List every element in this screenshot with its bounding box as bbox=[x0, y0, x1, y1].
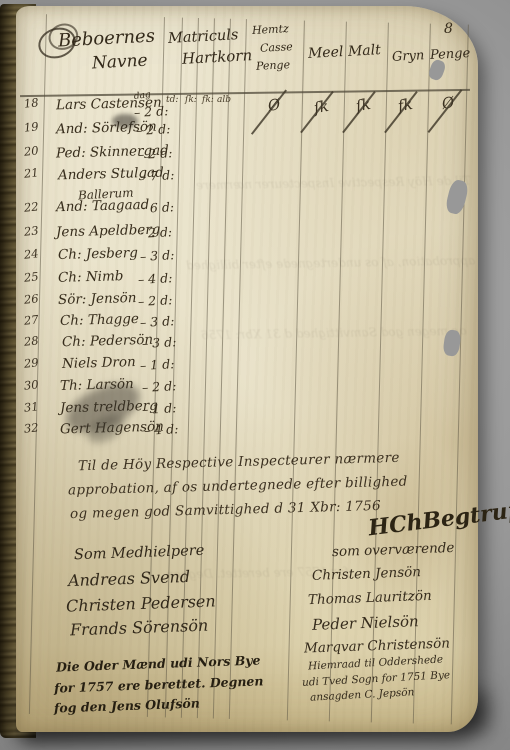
row-value: · 2 d: bbox=[140, 226, 173, 240]
row-name: Ch: Thagge bbox=[60, 313, 139, 329]
header-gryn: Gryn bbox=[392, 49, 425, 64]
row-value: – 7 d: bbox=[140, 169, 175, 183]
column-line bbox=[287, 21, 305, 721]
row-value: – 2 d: bbox=[136, 123, 171, 137]
bleedthrough-text: Til de Höy Respective Inspecteurer nærme… bbox=[196, 174, 471, 193]
witness-name: Peder Nielsön bbox=[312, 614, 419, 633]
ink-smudge bbox=[112, 114, 138, 128]
bottom-note-right-2: udi Tved Sogn for 1751 Bye bbox=[302, 670, 451, 688]
row-value: – 3 d: bbox=[140, 249, 175, 263]
row-number: 26 bbox=[23, 293, 39, 306]
header-hartkorn: Hartkorn bbox=[182, 48, 253, 67]
row-number: 20 bbox=[23, 145, 39, 158]
unit-alb: alb bbox=[217, 96, 231, 105]
header-navne: Navne bbox=[92, 53, 148, 73]
row-value: – 4 d: bbox=[138, 272, 173, 286]
row-name: Ch: Pedersön bbox=[62, 334, 153, 350]
row-value: – 2 d: bbox=[138, 147, 173, 161]
manuscript-page: Beboernes Navne Matriculs Hartkorn Hemtz… bbox=[16, 6, 478, 732]
row-number: 25 bbox=[23, 271, 39, 284]
bottom-note-left-3: fog den Jens Olufsön bbox=[54, 697, 200, 715]
header-casse-2: Casse bbox=[260, 41, 293, 54]
row-number: 21 bbox=[23, 167, 39, 180]
row-value: · 6 d: bbox=[142, 201, 175, 215]
row-number: 30 bbox=[23, 379, 39, 392]
unit-sk: ſk: bbox=[185, 96, 197, 105]
column-line bbox=[229, 19, 247, 719]
approbation-line-1: Til de Höy Respective Inspecteurer nærme… bbox=[78, 452, 400, 474]
unit-td: td: bbox=[166, 96, 178, 105]
bleedthrough-text: approbation, af os undertegnede efter bi… bbox=[186, 253, 476, 272]
column-line bbox=[213, 19, 231, 719]
bleedthrough-text: og megen god Samvittighed d 31 Xbr: 1756 bbox=[201, 324, 467, 343]
witness-name: Christen Pedersen bbox=[66, 593, 216, 614]
row-name: Ch: Nimb bbox=[58, 270, 124, 285]
page-number: 8 bbox=[444, 22, 453, 36]
header-matriculs: Matriculs bbox=[168, 28, 239, 46]
row-number: 31 bbox=[23, 401, 39, 414]
column-line bbox=[181, 18, 199, 718]
column-line bbox=[451, 25, 469, 725]
row-value: – 1 d: bbox=[142, 402, 177, 416]
witness-name: Frands Sörensön bbox=[70, 618, 209, 639]
row-value: – 3 d: bbox=[140, 315, 175, 329]
row-value: – 2 d: bbox=[134, 105, 169, 119]
row-number: 18 bbox=[23, 97, 39, 110]
row-number: 23 bbox=[23, 225, 39, 238]
unit-fk: fk: bbox=[202, 96, 214, 105]
row-number: 27 bbox=[23, 314, 39, 327]
row-number: 29 bbox=[23, 357, 39, 370]
header-meel: Meel bbox=[308, 45, 344, 61]
row-number: 22 bbox=[23, 201, 39, 214]
row-value: – 3 d: bbox=[142, 336, 177, 350]
row-value: – 4 d: bbox=[144, 423, 179, 437]
bottom-note-right-1: Hiemraad til Oddershede bbox=[308, 654, 444, 672]
approbation-line-3: og megen god Samvittighed d 31 Xbr: 1756 bbox=[70, 500, 381, 522]
witness-title: Som Medhielpere bbox=[74, 544, 205, 563]
header-malt: Malt bbox=[348, 43, 381, 59]
row-value: – 1 d: bbox=[140, 358, 175, 372]
bottom-note-left-1: Die Oder Mænd udi Nors Bye bbox=[56, 654, 261, 674]
header-casse-3: Penge bbox=[256, 59, 291, 72]
header-casse-1: Hemtz bbox=[252, 23, 289, 36]
row-value: – 2 d: bbox=[142, 380, 177, 394]
row-number: 28 bbox=[23, 335, 39, 348]
row-number: 32 bbox=[23, 422, 39, 435]
row-name: Ch: Jesberg bbox=[58, 247, 138, 263]
row-number: 19 bbox=[23, 121, 39, 134]
bottom-note-left-2: for 1757 ere berettet. Degnen bbox=[54, 675, 264, 695]
row-name: And: Taagaad bbox=[56, 199, 150, 215]
header-beboernes: Beboernes bbox=[58, 27, 156, 50]
bottom-note-right-3: ansagden C. Jepsön bbox=[310, 687, 415, 703]
row-value: – 2 d: bbox=[138, 294, 173, 308]
row-name: Sör: Jensön bbox=[58, 292, 137, 308]
row-number: 24 bbox=[23, 248, 39, 261]
column-line bbox=[197, 18, 215, 718]
row-name: Niels Dron bbox=[62, 356, 136, 371]
